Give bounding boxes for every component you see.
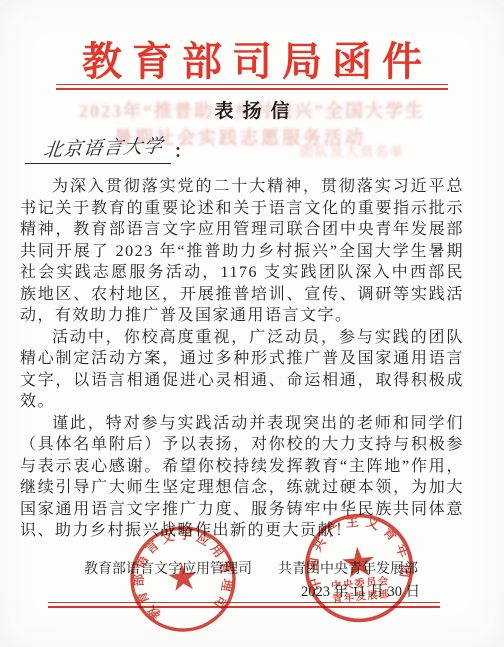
star-icon [167,562,198,592]
recipient-underline: 北京语言大学 [25,140,171,164]
letter-page: 2023年“推普助力乡村振兴”全国大学生 暑期社会实践志愿服务活动 团队及人员名… [0,0,504,647]
ministry-seal-stamp: 教育部语言文字应用管理司 [123,519,244,640]
paragraph-2: 活动中，你校高度重视，广泛动员，参与实践的团队精心制定活动方案，通过多种形式推广… [20,327,464,413]
star-icon [341,545,376,578]
salutation-colon: ： [174,142,191,161]
recipient-name-handwritten: 北京语言大学 [25,135,164,164]
youth-league-seal-stamp: 中国共产主义青年团 中央委员会 青年发展部 [296,505,422,631]
salutation: 北京语言大学： [25,140,191,164]
document-title: 表扬信 [0,101,504,122]
letterhead-title: 教育部司局函件 [0,41,504,83]
bleedthrough-text-line3: 团队及人员名单 [300,141,405,160]
red-divider-top [56,84,448,90]
paragraph-1: 为深入贯彻落实党的二十大精神，贯彻落实习近平总书记关于教育的重要论述和关于语言文… [20,176,464,327]
letter-body: 为深入贯彻落实党的二十大精神，贯彻落实习近平总书记关于教育的重要论述和关于语言文… [20,176,464,542]
